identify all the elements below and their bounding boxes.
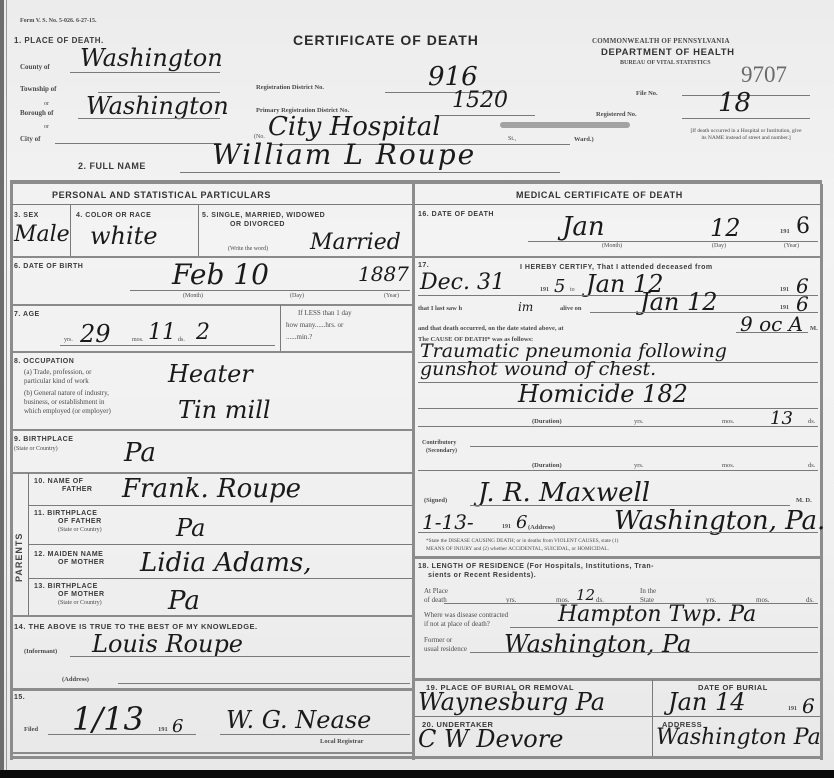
age-days-value: 2: [196, 320, 210, 345]
column-divider: [412, 184, 415, 760]
birthplace-value: Pa: [124, 438, 156, 468]
date-of-birth-value: Feb 10: [172, 258, 269, 291]
signed-date-value: 1-13-: [422, 510, 474, 534]
agency-line-3: BUREAU OF VITAL STATISTICS: [620, 60, 711, 66]
footnote-line-2: MEANS OF INJURY and (2) whether ACCIDENT…: [426, 546, 609, 552]
burial-place-value: Waynesburg Pa: [418, 688, 605, 716]
header-divider: [10, 180, 822, 184]
township-label: Township of: [20, 85, 57, 93]
undertaker-value: C W Devore: [418, 725, 563, 753]
ink-smudge: [500, 122, 630, 128]
age-years-value: 29: [80, 320, 111, 348]
mother-name-value: Lidia Adams,: [140, 548, 312, 578]
undertaker-address-value: Washington Pa: [656, 725, 821, 750]
full-name-label: 2. FULL NAME: [78, 161, 146, 171]
marital-status-value: Married: [310, 230, 401, 255]
burial-date-value: Jan 14: [668, 688, 746, 716]
date-of-death-day: 12: [710, 214, 741, 242]
death-certificate: Form V. S. No. 5-026. 6-27-15. 1. PLACE …: [0, 0, 834, 770]
scan-left-edge: [0, 0, 4, 770]
occupation-value: Heater: [168, 360, 253, 388]
file-number-label: File No.: [636, 90, 658, 97]
birth-year-value: 1887: [358, 262, 409, 286]
mother-birthplace-value: Pa: [168, 586, 200, 616]
hospital-note: [If death occurred in a Hospital or Inst…: [688, 128, 804, 142]
form-number: Form V. S. No. 5-026. 6-27-15.: [20, 18, 96, 24]
date-of-death-month: Jan: [562, 212, 605, 242]
personal-section-title: PERSONAL AND STATISTICAL PARTICULARS: [52, 190, 271, 200]
age-months-value: 11: [148, 320, 176, 345]
full-name-value: William L Roupe: [212, 138, 476, 171]
residence-label: 18. LENGTH OF RESIDENCE (For Hospitals, …: [418, 563, 654, 570]
city-label: City of: [20, 135, 40, 143]
physician-signature: J. R. Maxwell: [478, 478, 650, 508]
agency-line-2: DEPARTMENT OF HEALTH: [601, 47, 735, 58]
attended-from-value: Dec. 31: [420, 270, 505, 295]
cause-of-death-line-2: gunshot wound of chest.: [420, 358, 656, 380]
registration-district-label: Registration District No.: [256, 84, 324, 91]
scan-left-edge-line: [6, 0, 7, 770]
county-value: Washington: [80, 44, 223, 72]
agency-line-1: COMMONWEALTH OF PENNSYLVANIA: [592, 37, 730, 45]
certificate-title: CERTIFICATE OF DEATH: [293, 32, 479, 48]
registered-number-value: 18: [718, 88, 751, 118]
primary-registration-value: 1520: [452, 88, 508, 113]
father-birthplace-value: Pa: [176, 514, 205, 542]
footnote-line-1: *State the DISEASE CAUSING DEATH; or in …: [426, 538, 618, 544]
industry-value: Tin mill: [178, 396, 271, 424]
father-name-value: Frank. Roupe: [122, 474, 301, 504]
filed-date-value: 1/13: [72, 700, 144, 738]
stamp-number: 9707: [741, 62, 787, 88]
borough-value: Washington: [86, 92, 229, 120]
race-value: white: [90, 222, 158, 250]
cause-of-death-line-3: Homicide 182: [518, 380, 688, 408]
former-residence-value: Washington, Pa: [504, 630, 691, 658]
borough-label: Borough of: [20, 109, 54, 117]
registered-number-label: Registered No.: [596, 111, 637, 118]
parents-side-label: PARENTS: [14, 533, 24, 582]
county-label: County of: [20, 63, 50, 71]
sex-value: Male: [14, 222, 70, 247]
disease-contracted-value: Hampton Twp. Pa: [558, 602, 756, 627]
registrar-signature: W. G. Nease: [226, 706, 371, 734]
scan-bottom-border: [0, 770, 834, 778]
informant-value: Louis Roupe: [92, 630, 243, 658]
medical-section-title: MEDICAL CERTIFICATE OF DEATH: [516, 190, 683, 200]
